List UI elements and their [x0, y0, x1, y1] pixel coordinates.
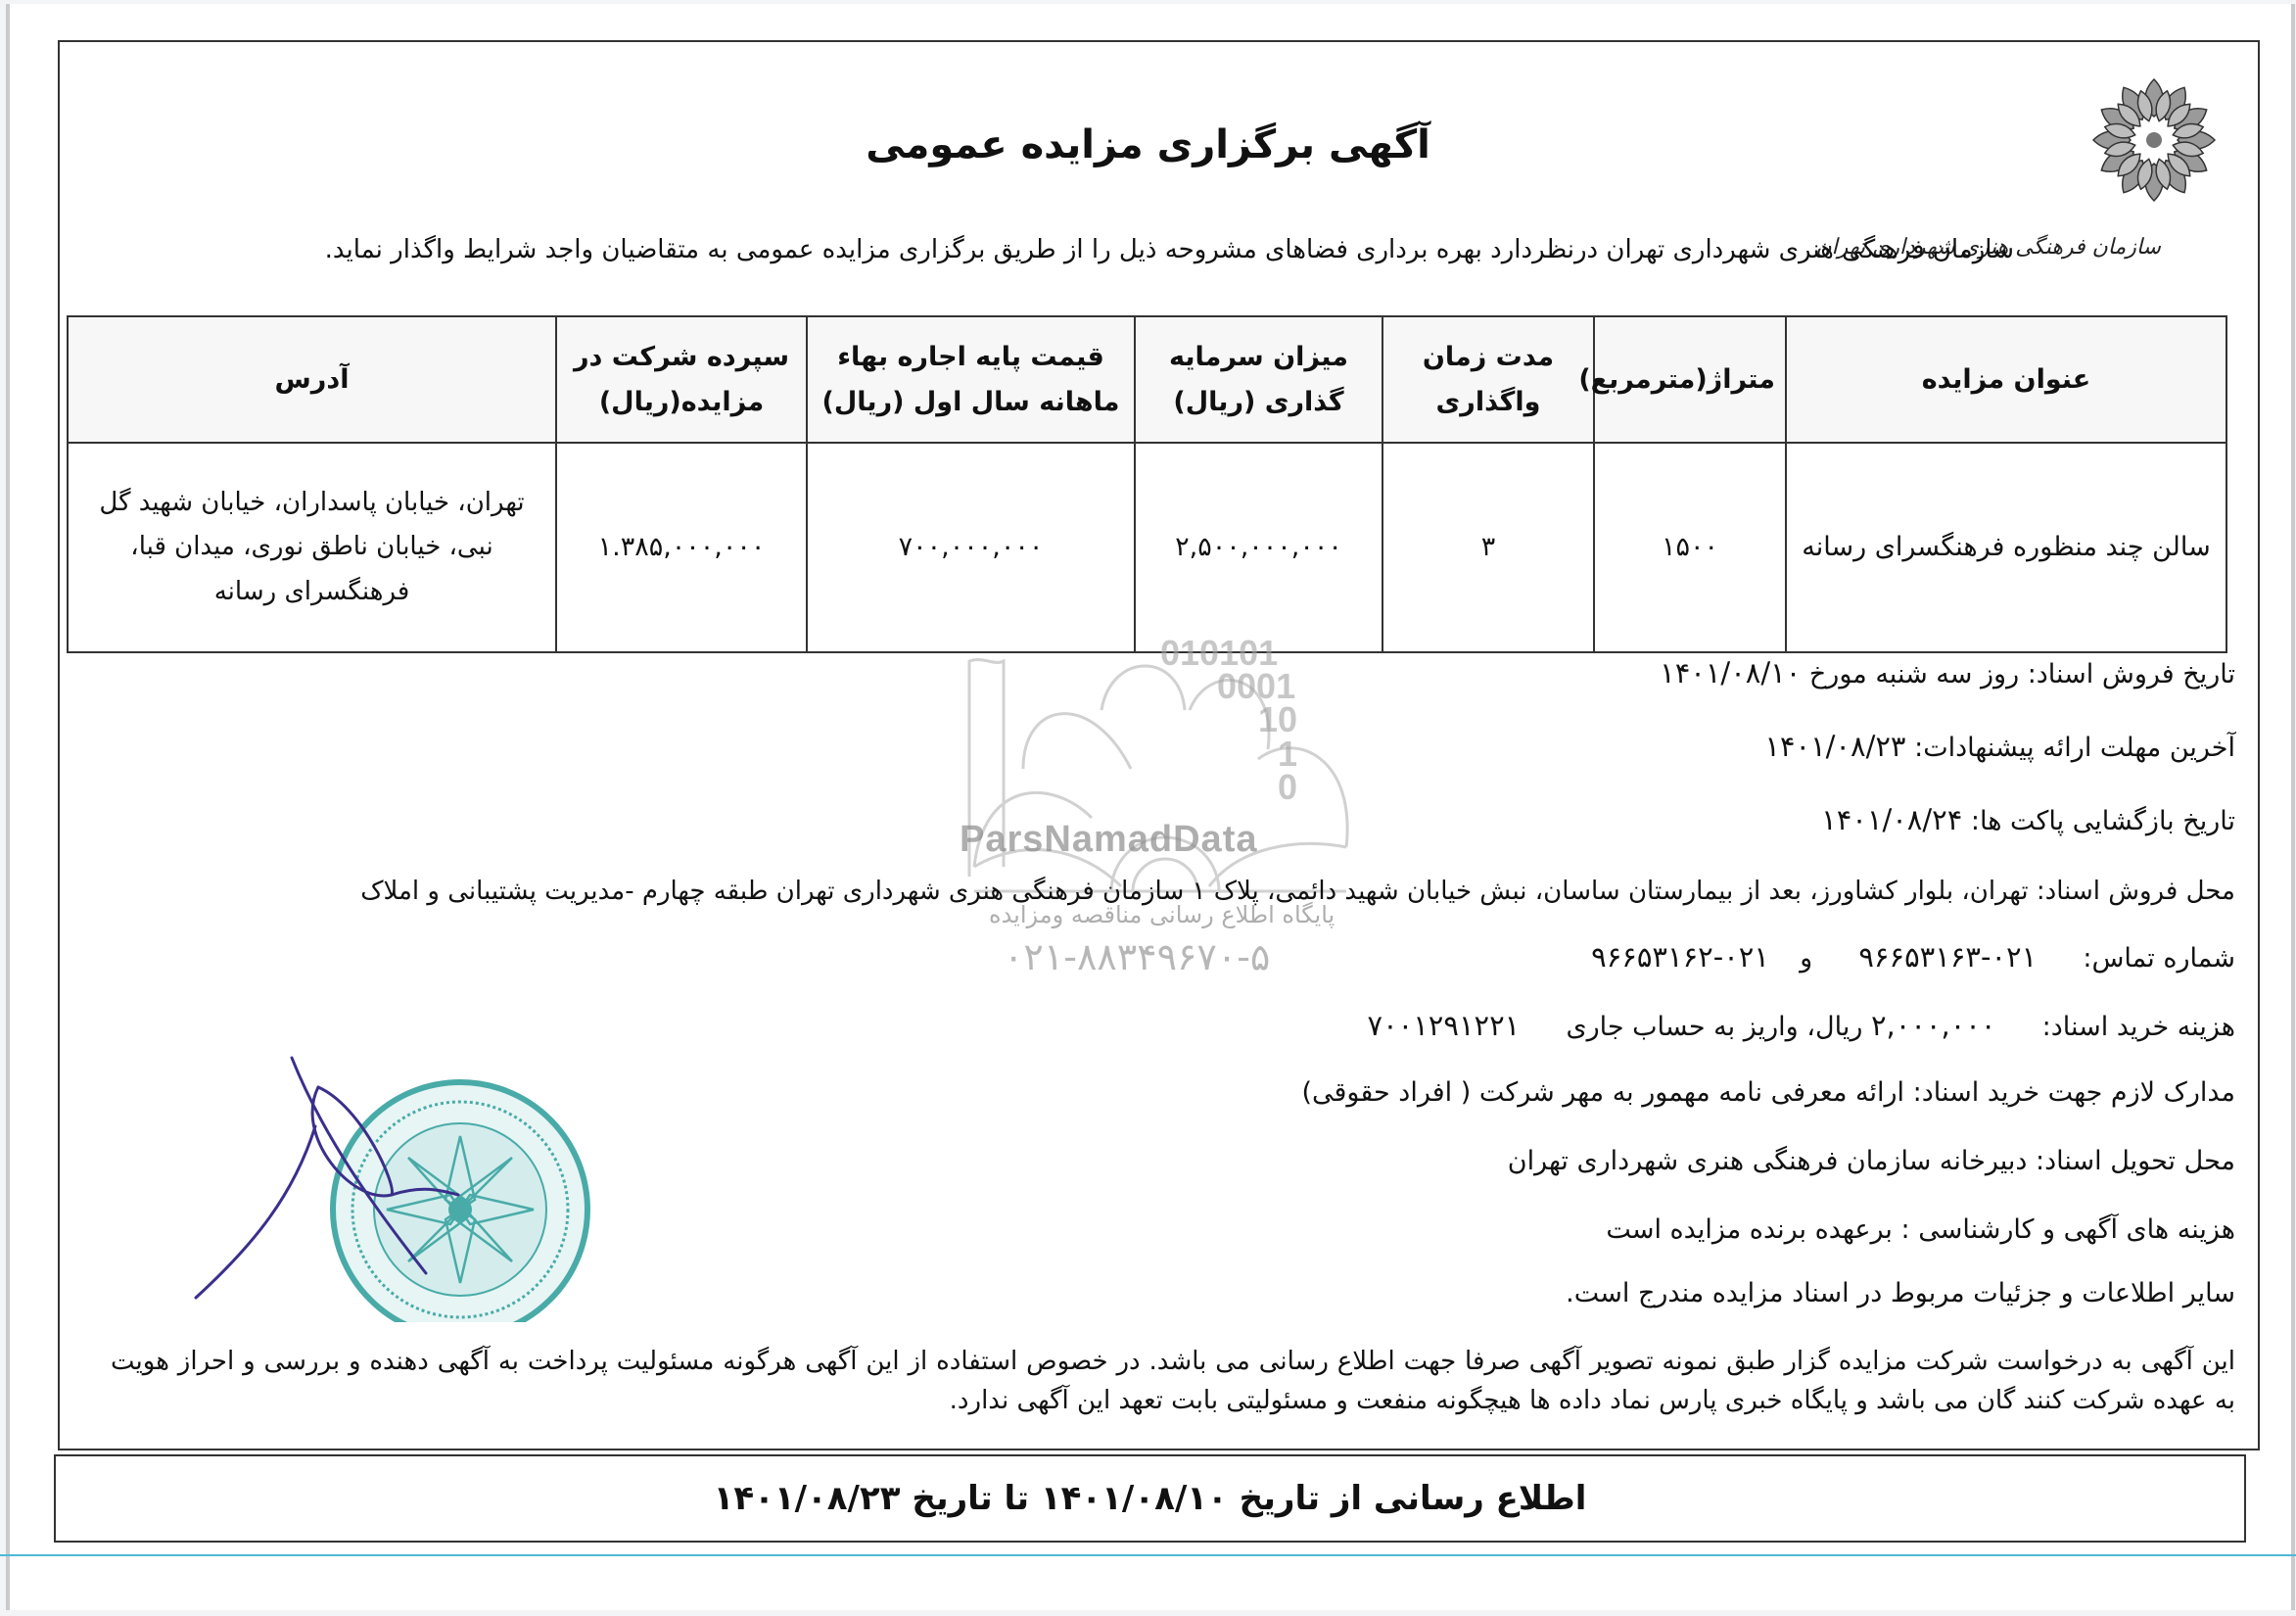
table-header-row: عنوان مزایده متراژ(مترمربع) مدت زمان واگ… [68, 316, 2226, 443]
deadline-line: آخرین مهلت ارائه پیشنهادات: ۱۴۰۱/۰۸/۲۳ [1764, 730, 2235, 763]
column-header-area: متراژ(مترمربع) [1594, 316, 1786, 443]
cell-investment: ۲,۵۰۰,۰۰۰,۰۰۰ [1135, 443, 1382, 652]
phone-value-1: ۰۲۱-۹۶۶۵۳۱۶۳ [1858, 940, 2037, 974]
sale-date-value: ۱۴۰۱/۰۸/۱۰ [1660, 656, 1801, 689]
delivery-location-value: دبیرخانه سازمان فرهنگی هنری شهرداری تهرا… [1508, 1146, 2028, 1176]
required-docs-line: مدارک لازم جهت خرید اسناد: ارائه معرفی ن… [1301, 1077, 2235, 1108]
watermark-digits: 010101 0001 10 1 0 [1160, 637, 1297, 804]
column-header-deposit: سپرده شرکت در مزایده(ریال) [556, 316, 807, 443]
required-docs-label: مدارک لازم جهت خرید اسناد: [1913, 1077, 2235, 1108]
purchase-cost-text: ریال، واریز به حساب جاری [1566, 1012, 1862, 1042]
cell-area: ۱۵۰۰ [1594, 443, 1786, 652]
sale-location-line: محل فروش اسناد: تهران، بلوار کشاورز، بعد… [360, 877, 2235, 906]
opening-date-label: تاریخ بازگشایی پاکت ها: [1971, 806, 2235, 836]
other-info-line: سایر اطلاعات و جزئیات مربوط در اسناد مزا… [1566, 1278, 2235, 1308]
deadline-label: آخرین مهلت ارائه پیشنهادات: [1914, 733, 2235, 763]
delivery-location-label: محل تحویل اسناد: [2036, 1146, 2235, 1176]
column-header-address: آدرس [68, 316, 556, 443]
phone-line: شماره تماس: ۰۲۱-۹۶۶۵۳۱۶۳ و ۰۲۱-۹۶۶۵۳۱۶۲ [1591, 940, 2235, 974]
sale-location-label: محل فروش اسناد: [2037, 877, 2235, 906]
ad-costs-label: هزینه های آگهی و کارشناسی : [1901, 1214, 2235, 1245]
watermark-phone: ۰۲۱-۸۸۳۴۹۶۷۰-۵ [1004, 935, 1270, 978]
purchase-cost-label: هزینه خرید اسناد: [2042, 1012, 2235, 1042]
sale-location-value: تهران، بلوار کشاورز، بعد از بیمارستان سا… [360, 877, 2028, 906]
table-row: سالن چند منظوره فرهنگسرای رسانه ۱۵۰۰ ۳ ۲… [68, 443, 2226, 652]
auction-table: عنوان مزایده متراژ(مترمربع) مدت زمان واگ… [67, 315, 2227, 653]
column-header-title: عنوان مزایده [1786, 316, 2226, 443]
purchase-cost-amount: ۲,۰۰۰,۰۰۰ [1871, 1009, 1995, 1042]
ad-costs-line: هزینه های آگهی و کارشناسی : برعهده برنده… [1606, 1214, 2235, 1245]
cell-title: سالن چند منظوره فرهنگسرای رسانه [1786, 443, 2226, 652]
publication-period-text: اطلاع رسانی از تاریخ ۱۴۰۱/۰۸/۱۰ تا تاریخ… [714, 1479, 1587, 1518]
official-stamp-icon [166, 1028, 636, 1322]
deadline-value: ۱۴۰۱/۰۸/۲۳ [1764, 730, 1905, 763]
cell-duration: ۳ [1382, 443, 1594, 652]
delivery-location-line: محل تحویل اسناد: دبیرخانه سازمان فرهنگی … [1508, 1146, 2235, 1176]
required-docs-value: ارائه معرفی نامه مهمور به مهر شرکت ( افر… [1301, 1077, 1904, 1108]
column-header-investment: میزان سرمایه گذاری (ریال) [1135, 316, 1382, 443]
sale-date-line: تاریخ فروش اسناد: روز سه شنبه مورخ ۱۴۰۱/… [1660, 656, 2235, 689]
publication-period-box: اطلاع رسانی از تاریخ ۱۴۰۱/۰۸/۱۰ تا تاریخ… [54, 1454, 2246, 1543]
opening-date-value: ۱۴۰۱/۰۸/۲۴ [1821, 803, 1962, 836]
column-header-duration: مدت زمان واگذاری [1382, 316, 1594, 443]
page-bottom-rule [0, 1554, 2296, 1556]
page-title: آگهی برگزاری مزایده عمومی [0, 122, 2296, 167]
column-header-base-rent: قیمت پایه اجاره بهاء ماهانه سال اول (ریا… [807, 316, 1135, 443]
cell-address: تهران، خیابان پاسداران، خیابان شهید گل ن… [68, 443, 556, 652]
phone-value-2: ۰۲۱-۹۶۶۵۳۱۶۲ [1591, 940, 1769, 974]
phone-label: شماره تماس: [2083, 943, 2235, 974]
opening-date-line: تاریخ بازگشایی پاکت ها: ۱۴۰۱/۰۸/۲۴ [1821, 803, 2235, 836]
ad-costs-value: برعهده برنده مزایده است [1606, 1214, 1893, 1245]
account-number: ۷۰۰۱۲۹۱۲۲۱ [1368, 1009, 1521, 1042]
sale-date-label: تاریخ فروش اسناد: روز سه شنبه مورخ [1809, 659, 2235, 689]
watermark-brand: ParsNamadData [960, 819, 1257, 861]
purchase-cost-line: هزینه خرید اسناد: ۲,۰۰۰,۰۰۰ ریال، واریز … [1368, 1009, 2236, 1042]
cell-base-rent: ۷۰۰,۰۰۰,۰۰۰ [807, 443, 1135, 652]
disclaimer-text: این آگهی به درخواست شرکت مزایده گزار طبق… [111, 1342, 2235, 1421]
cell-deposit: ۱.۳۸۵,۰۰۰,۰۰۰ [556, 443, 807, 652]
intro-text: سازمان فرهنگی هنری شهرداری تهران درنظردا… [325, 235, 2014, 264]
phone-conjunction: و [1800, 943, 1812, 974]
